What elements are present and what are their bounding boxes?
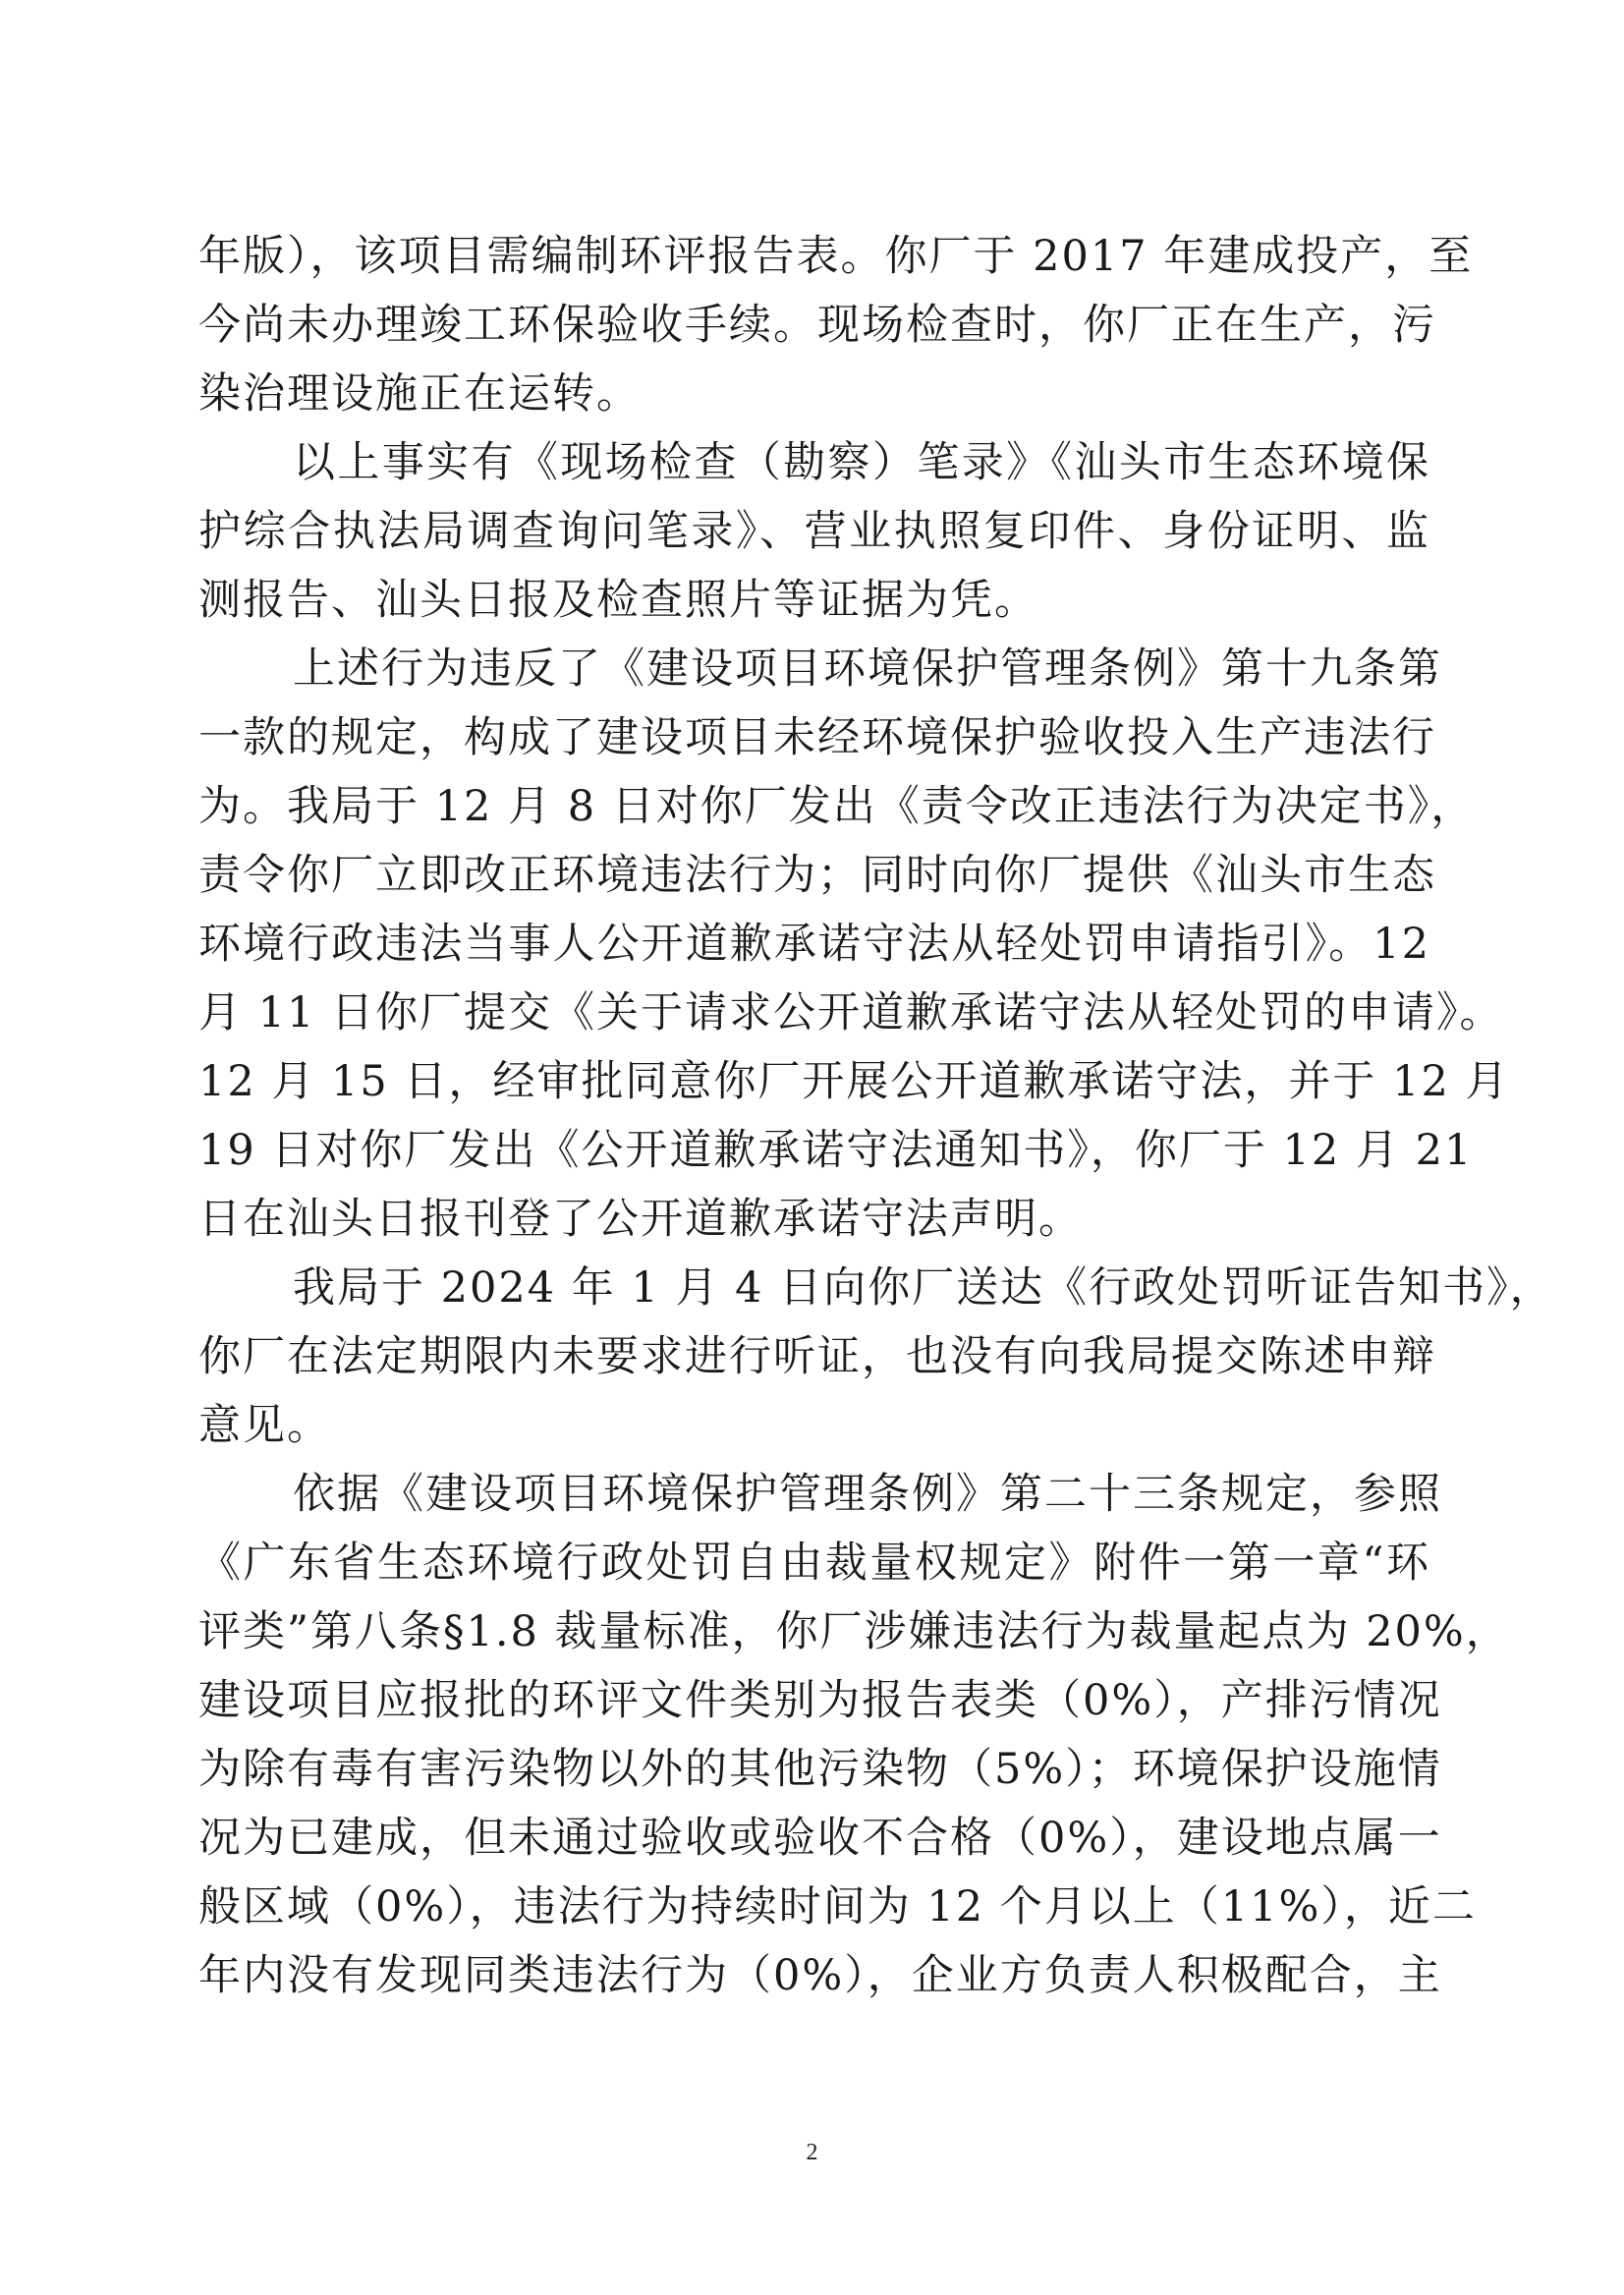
paragraph-3-line-2: 一款的规定，构成了建设项目未经环境保护验收投入生产违法行 <box>198 703 1430 772</box>
paragraph-1-line-3: 染治理设施正在运转。 <box>198 360 1430 428</box>
paragraph-1-line-1: 年版），该项目需编制环评报告表。你厂于 2017 年建成投产，至 <box>198 222 1430 291</box>
paragraph-3-line-7: 12 月 15 日，经审批同意你厂开展公开道歉承诺守法，并于 12 月 <box>198 1047 1430 1116</box>
document-page: 年版），该项目需编制环评报告表。你厂于 2017 年建成投产，至 今尚未办理竣工… <box>0 0 1624 2295</box>
paragraph-5-line-2: 《广东省生态环境行政处罚自由裁量权规定》附件一第一章“环 <box>198 1529 1430 1597</box>
paragraph-2-line-1: 以上事实有《现场检查（勘察）笔录》《汕头市生态环境保 <box>198 428 1430 497</box>
paragraph-3-line-1: 上述行为违反了《建设项目环境保护管理条例》第十九条第 <box>198 635 1430 703</box>
paragraph-3-line-6: 月 11 日你厂提交《关于请求公开道歉承诺守法从轻处罚的申请》。 <box>198 979 1430 1047</box>
paragraph-5-line-1: 依据《建设项目环境保护管理条例》第二十三条规定，参照 <box>198 1460 1430 1529</box>
paragraph-5-line-5: 为除有毒有害污染物以外的其他污染物（5%）；环境保护设施情 <box>198 1735 1430 1804</box>
paragraph-5-line-8: 年内没有发现同类违法行为（0%），企业方负责人积极配合，主 <box>198 1941 1430 2010</box>
paragraph-2-line-2: 护综合执法局调查询问笔录》、营业执照复印件、身份证明、监 <box>198 497 1430 566</box>
paragraph-3-line-8: 19 日对你厂发出《公开道歉承诺守法通知书》，你厂于 12 月 21 <box>198 1116 1430 1185</box>
paragraph-1-line-2: 今尚未办理竣工环保验收手续。现场检查时，你厂正在生产，污 <box>198 291 1430 360</box>
page-number: 2 <box>0 2140 1624 2166</box>
paragraph-5-line-6: 况为已建成，但未通过验收或验收不合格（0%），建设地点属一 <box>198 1804 1430 1873</box>
paragraph-5-line-4: 建设项目应报批的环评文件类别为报告表类（0%），产排污情况 <box>198 1666 1430 1735</box>
document-body: 年版），该项目需编制环评报告表。你厂于 2017 年建成投产，至 今尚未办理竣工… <box>198 222 1430 2010</box>
paragraph-3-line-4: 责令你厂立即改正环境违法行为；同时向你厂提供《汕头市生态 <box>198 841 1430 910</box>
paragraph-3-line-9: 日在汕头日报刊登了公开道歉承诺守法声明。 <box>198 1185 1430 1254</box>
paragraph-5-line-7: 般区域（0%），违法行为持续时间为 12 个月以上（11%），近二 <box>198 1873 1430 1941</box>
paragraph-2-line-3: 测报告、汕头日报及检查照片等证据为凭。 <box>198 566 1430 635</box>
paragraph-4-line-2: 你厂在法定期限内未要求进行听证，也没有向我局提交陈述申辩 <box>198 1322 1430 1391</box>
paragraph-4-line-3: 意见。 <box>198 1391 1430 1460</box>
paragraph-3-line-5: 环境行政违法当事人公开道歉承诺守法从轻处罚申请指引》。12 <box>198 910 1430 979</box>
paragraph-5-line-3: 评类”第八条§1.8 裁量标准，你厂涉嫌违法行为裁量起点为 20%， <box>198 1597 1430 1666</box>
paragraph-4-line-1: 我局于 2024 年 1 月 4 日向你厂送达《行政处罚听证告知书》， <box>198 1254 1430 1322</box>
paragraph-3-line-3: 为。我局于 12 月 8 日对你厂发出《责令改正违法行为决定书》， <box>198 772 1430 841</box>
